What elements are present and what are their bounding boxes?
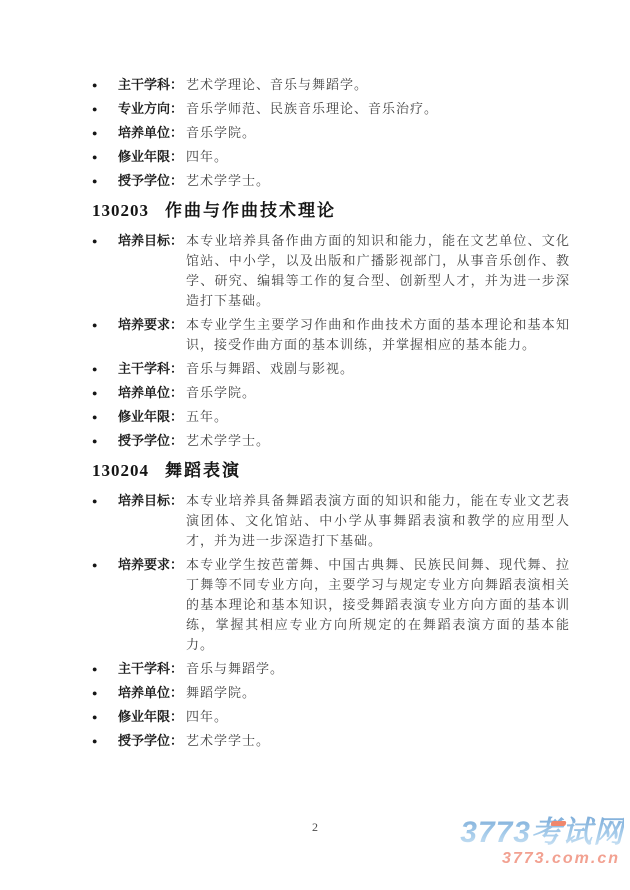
item-text: 艺术学学士。 bbox=[186, 731, 570, 751]
item-text: 四年。 bbox=[186, 147, 570, 167]
list-item: ●培养单位：舞蹈学院。 bbox=[92, 683, 570, 703]
item-text: 四年。 bbox=[186, 707, 570, 727]
bullet-icon: ● bbox=[92, 555, 118, 575]
item-label: 专业方向： bbox=[118, 99, 186, 119]
item-text: 艺术学学士。 bbox=[186, 171, 570, 191]
item-label: 培养目标： bbox=[118, 491, 186, 511]
watermark-logo: 3773考试网 3773.com.cn bbox=[460, 816, 624, 868]
list-item: ●主干学科：音乐与舞蹈、戏剧与影视。 bbox=[92, 359, 570, 379]
list-item: ●培养要求：本专业学生按芭蕾舞、中国古典舞、民族民间舞、现代舞、拉丁舞等不同专业… bbox=[92, 555, 570, 655]
item-label: 主干学科： bbox=[118, 359, 186, 379]
item-label: 培养要求： bbox=[118, 315, 186, 335]
item-text: 音乐与舞蹈学。 bbox=[186, 659, 570, 679]
section-title: 作曲与作曲技术理论 bbox=[165, 201, 336, 220]
item-text: 舞蹈学院。 bbox=[186, 683, 570, 703]
list-item: ●培养目标：本专业培养具备作曲方面的知识和能力，能在文艺单位、文化馆站、中小学，… bbox=[92, 231, 570, 311]
list-item: ●培养目标：本专业培养具备舞蹈表演方面的知识和能力，能在专业文艺表演团体、文化馆… bbox=[92, 491, 570, 551]
item-text: 五年。 bbox=[186, 407, 570, 427]
bullet-icon: ● bbox=[92, 315, 118, 335]
list-item: ●培养单位：音乐学院。 bbox=[92, 123, 570, 143]
list-item: ●修业年限：四年。 bbox=[92, 147, 570, 167]
list-item: ●培养单位：音乐学院。 bbox=[92, 383, 570, 403]
section-code: 130204 bbox=[92, 461, 149, 480]
item-label: 培养单位： bbox=[118, 383, 186, 403]
item-text: 本专业学生按芭蕾舞、中国古典舞、民族民间舞、现代舞、拉丁舞等不同专业方向，主要学… bbox=[186, 555, 570, 655]
section-title: 舞蹈表演 bbox=[165, 461, 241, 480]
section-heading: 130203作曲与作曲技术理论 bbox=[92, 199, 570, 223]
bullet-icon: ● bbox=[92, 123, 118, 143]
item-label: 修业年限： bbox=[118, 147, 186, 167]
document-page: ●主干学科：艺术学理论、音乐与舞蹈学。●专业方向：音乐学师范、民族音乐理论、音乐… bbox=[0, 0, 630, 890]
watermark-accent-stroke bbox=[550, 821, 566, 826]
bullet-icon: ● bbox=[92, 707, 118, 727]
item-label: 培养目标： bbox=[118, 231, 186, 251]
document-content: ●主干学科：艺术学理论、音乐与舞蹈学。●专业方向：音乐学师范、民族音乐理论、音乐… bbox=[0, 0, 630, 751]
bullet-icon: ● bbox=[92, 491, 118, 511]
list-item: ●修业年限：五年。 bbox=[92, 407, 570, 427]
list-item: ●授予学位：艺术学学士。 bbox=[92, 431, 570, 451]
item-text: 音乐学院。 bbox=[186, 123, 570, 143]
bullet-icon: ● bbox=[92, 683, 118, 703]
list-item: ●修业年限：四年。 bbox=[92, 707, 570, 727]
bullet-icon: ● bbox=[92, 147, 118, 167]
item-text: 本专业培养具备舞蹈表演方面的知识和能力，能在专业文艺表演团体、文化馆站、中小学从… bbox=[186, 491, 570, 551]
section-heading: 130204舞蹈表演 bbox=[92, 459, 570, 483]
item-label: 培养单位： bbox=[118, 123, 186, 143]
bullet-icon: ● bbox=[92, 231, 118, 251]
item-text: 本专业学生主要学习作曲和作曲技术方面的基本理论和基本知识，接受作曲方面的基本训练… bbox=[186, 315, 570, 355]
bullet-icon: ● bbox=[92, 99, 118, 119]
item-text: 艺术学学士。 bbox=[186, 431, 570, 451]
bullet-icon: ● bbox=[92, 431, 118, 451]
bullet-icon: ● bbox=[92, 407, 118, 427]
item-text: 艺术学理论、音乐与舞蹈学。 bbox=[186, 75, 570, 95]
bullet-icon: ● bbox=[92, 171, 118, 191]
item-label: 授予学位： bbox=[118, 731, 186, 751]
item-label: 主干学科： bbox=[118, 75, 186, 95]
item-label: 授予学位： bbox=[118, 171, 186, 191]
item-label: 主干学科： bbox=[118, 659, 186, 679]
list-item: ●授予学位：艺术学学士。 bbox=[92, 171, 570, 191]
item-label: 培养要求： bbox=[118, 555, 186, 575]
list-item: ●主干学科：音乐与舞蹈学。 bbox=[92, 659, 570, 679]
bullet-icon: ● bbox=[92, 359, 118, 379]
list-item: ●培养要求：本专业学生主要学习作曲和作曲技术方面的基本理论和基本知识，接受作曲方… bbox=[92, 315, 570, 355]
list-item: ●专业方向：音乐学师范、民族音乐理论、音乐治疗。 bbox=[92, 99, 570, 119]
item-label: 授予学位： bbox=[118, 431, 186, 451]
item-text: 音乐学师范、民族音乐理论、音乐治疗。 bbox=[186, 99, 570, 119]
bullet-icon: ● bbox=[92, 75, 118, 95]
section-code: 130203 bbox=[92, 201, 149, 220]
bullet-icon: ● bbox=[92, 731, 118, 751]
item-label: 修业年限： bbox=[118, 407, 186, 427]
item-text: 音乐与舞蹈、戏剧与影视。 bbox=[186, 359, 570, 379]
bullet-icon: ● bbox=[92, 659, 118, 679]
item-label: 修业年限： bbox=[118, 707, 186, 727]
item-text: 音乐学院。 bbox=[186, 383, 570, 403]
list-item: ●授予学位：艺术学学士。 bbox=[92, 731, 570, 751]
watermark-domain: 3773.com.cn bbox=[460, 850, 624, 868]
list-item: ●主干学科：艺术学理论、音乐与舞蹈学。 bbox=[92, 75, 570, 95]
watermark-site-name: 3773考试网 bbox=[460, 816, 624, 850]
item-text: 本专业培养具备作曲方面的知识和能力，能在文艺单位、文化馆站、中小学，以及出版和广… bbox=[186, 231, 570, 311]
bullet-icon: ● bbox=[92, 383, 118, 403]
item-label: 培养单位： bbox=[118, 683, 186, 703]
